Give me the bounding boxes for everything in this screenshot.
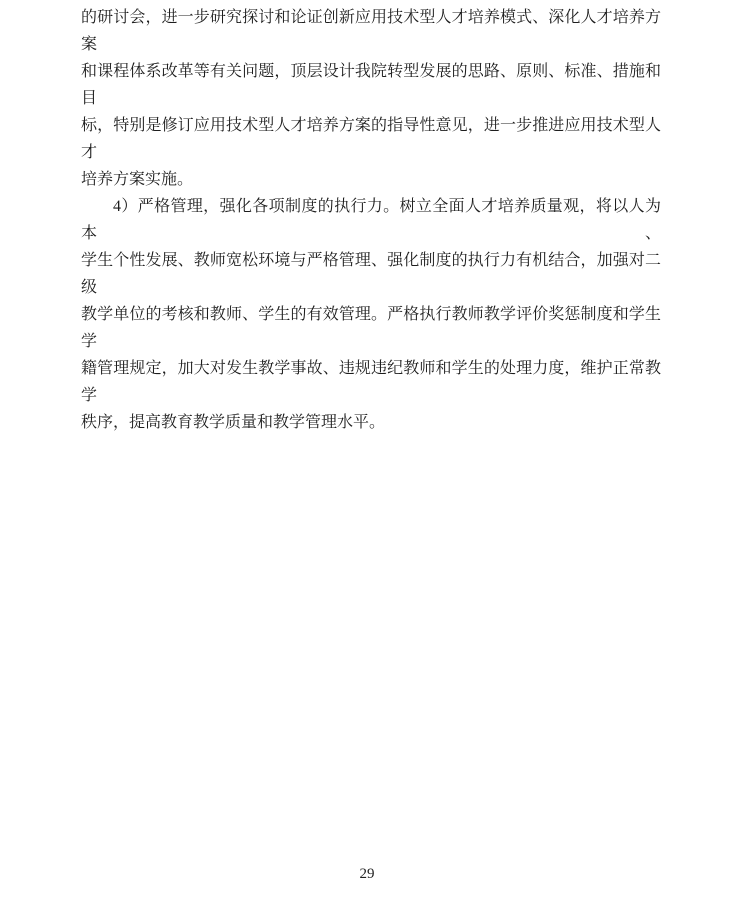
page-number: 29 (360, 866, 375, 882)
page-footer: 29 (0, 864, 734, 884)
body-line: 秩序，提高教育教学质量和教学管理水平。 (81, 409, 661, 436)
body-line: 教学单位的考核和教师、学生的有效管理。严格执行教师教学评价奖惩制度和学生学 (81, 301, 661, 355)
paragraph-1: 的研讨会，进一步研究探讨和论证创新应用技术型人才培养模式、深化人才培养方案 和课… (81, 4, 661, 193)
body-line: 的研讨会，进一步研究探讨和论证创新应用技术型人才培养模式、深化人才培养方案 (81, 4, 661, 58)
body-text: 的研讨会，进一步研究探讨和论证创新应用技术型人才培养模式、深化人才培养方案 和课… (81, 4, 661, 436)
body-line: 培养方案实施。 (81, 166, 661, 193)
body-line: 学生个性发展、教师宽松环境与严格管理、强化制度的执行力有机结合，加强对二级 (81, 247, 661, 301)
body-line: 籍管理规定，加大对发生教学事故、违规违纪教师和学生的处理力度，维护正常教学 (81, 355, 661, 409)
body-line: 标，特别是修订应用技术型人才培养方案的指导性意见，进一步推进应用技术型人才 (81, 112, 661, 166)
paragraph-2: 4）严格管理，强化各项制度的执行力。树立全面人才培养质量观，将以人为本、 学生个… (81, 193, 661, 436)
body-line: 4）严格管理，强化各项制度的执行力。树立全面人才培养质量观，将以人为本、 (81, 193, 661, 247)
document-page: 的研讨会，进一步研究探讨和论证创新应用技术型人才培养模式、深化人才培养方案 和课… (0, 0, 734, 900)
body-line: 和课程体系改革等有关问题，顶层设计我院转型发展的思路、原则、标准、措施和目 (81, 58, 661, 112)
